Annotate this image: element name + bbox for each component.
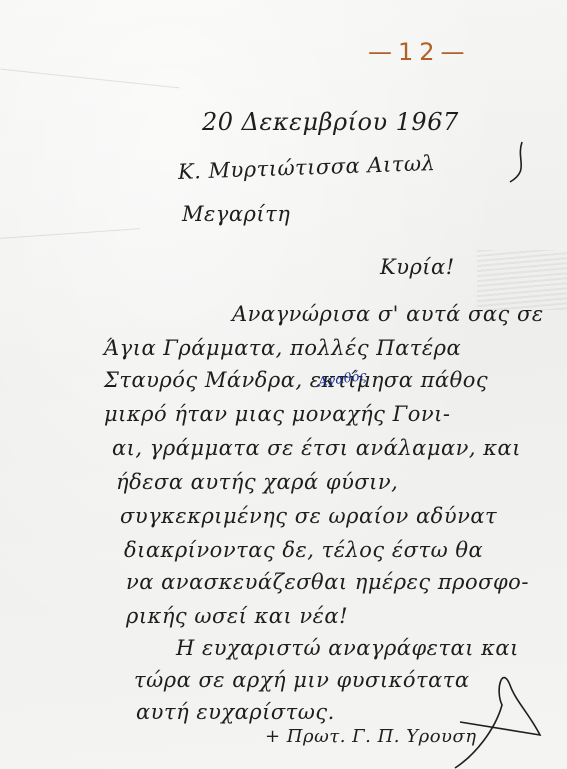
letter-addressee-line2: Μεγαρίτη <box>182 202 290 226</box>
body-line: ρικής ωσεί και νέα! <box>126 604 348 628</box>
body-line: Αναγνώρισα σ' αυτά σας σε <box>232 302 544 326</box>
body-line: συγκεκριμένης σε ωραίον αδύνατ <box>120 504 497 528</box>
body-line: μικρό ήταν μιας μοναχής Γονι- <box>104 402 450 426</box>
body-line: ήδεσα αυτής χαρά φύσιν, <box>116 470 398 494</box>
body-line: αι, γράμματα σε έτσι ανάλαμαν, και <box>112 436 521 460</box>
addressee-flourish-icon <box>500 140 540 200</box>
page-number: —12— <box>368 38 471 66</box>
body-line: τώρα σε αρχή μιν φυσικότατα <box>134 668 470 692</box>
body-line: Άγια Γράμματα, πολλές Πατέρα <box>104 336 461 360</box>
body-line: αυτή ευχαρίστως. <box>136 700 335 724</box>
letter-date: 20 Δεκεμβρίου 1967 <box>202 108 459 136</box>
body-line: διακρίνοντας δε, τέλος έστω θα <box>124 538 483 562</box>
letter-salutation: Κυρία! <box>380 255 455 279</box>
body-line: Η ευχαριστώ αναγράφεται και <box>176 636 519 660</box>
body-line: να ανασκευάζεσθαι ημέρες προσφο- <box>126 570 529 594</box>
paper-fold-shadow <box>477 250 567 310</box>
signature-flourish-icon <box>440 660 550 769</box>
body-line: Σταυρός Μάνδρα, εκτίμησα πάθος <box>104 368 488 392</box>
